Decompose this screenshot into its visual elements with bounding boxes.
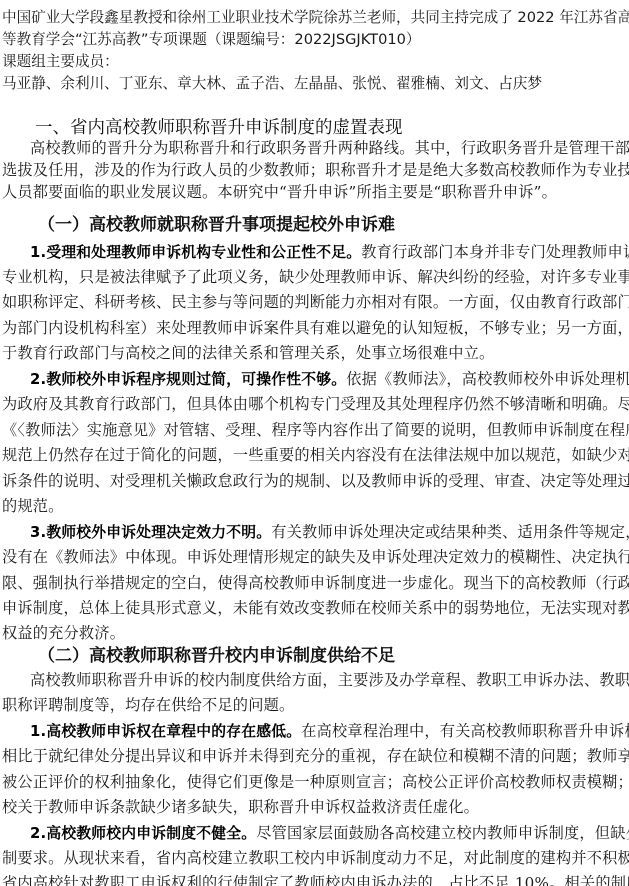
item-text: 依据《教师法》，高校教师校外申诉处理机构: [346, 370, 629, 388]
item-line: 为部门内设机构科室）来处理教师申诉案件具有难以避免的认知短板，不够专业；另一方面…: [2, 318, 624, 338]
section1-para-line: 人员都要面临的职业发展议题。本研究中“晋升申诉”所指主要是“职称晋升申诉”。: [2, 182, 624, 202]
item-line: 相比于就纪律处分提出异议和申诉并未得到充分的重视，存在缺位和模糊不清的问题；教师…: [2, 746, 624, 766]
sub2-para-line: 职称评聘制度等，均存在供给不足的问题。: [2, 695, 624, 715]
intro-line-1: 中国矿业大学段鑫星教授和徐州工业职业技术学院徐苏兰老师，共同主持完成了 2022…: [2, 8, 624, 28]
item-line: 省内高校针对教职工申诉权利的行使制定了教师校内申诉办法的，占比不足 10%。相关…: [2, 873, 624, 886]
item-first-line: 3.教师校外申诉处理决定效力不明。有关教师申诉处理决定或结果种类、适用条件等规定…: [2, 522, 624, 543]
item-text: 尽管国家层面鼓励各高校建立校内教师申诉制度，但缺少强: [256, 824, 629, 842]
item-line: 的规范。: [2, 496, 624, 516]
item-text: 有关教师申诉处理决定或结果种类、适用条件等规定，都: [271, 523, 629, 541]
item-line: 专业机构，只是被法律赋予了此项义务，缺少处理教师申诉、解决纠纷的经验，对许多专业…: [2, 267, 624, 287]
section1-para-line: 高校教师的晋升分为职称晋升和行政职务晋升两种路线。其中，行政职务晋升是管理干部的: [2, 138, 624, 158]
item-line: 如职称评定、科研考核、民主参与等问题的判断能力亦相对有限。一方面，仅由教育行政部…: [2, 292, 624, 312]
section-heading-1: 一、省内高校教师职称晋升申诉制度的虚置表现: [35, 117, 403, 139]
item-first-line: 1.高校教师申诉权在章程中的存在感低。在高校章程治理中，有关高校教师职称晋升申诉…: [2, 721, 624, 742]
item-line: 权益的充分救济。: [2, 623, 624, 643]
item-line: 诉条件的说明、对受理机关懒政怠政行为的规制、以及教师申诉的受理、审查、决定等处理…: [2, 471, 624, 491]
item-first-line: 2.高校教师校内申诉制度不健全。尽管国家层面鼓励各高校建立校内教师申诉制度，但缺…: [2, 823, 624, 844]
item-line: 没有在《教师法》中体现。申诉处理情形规定的缺失及申诉处理决定效力的模糊性、决定执…: [2, 547, 624, 567]
subsection-heading-1: （一）高校教师就职称晋升事项提起校外申诉难: [38, 214, 395, 236]
item-first-line: 2.教师校外申诉程序规则过简，可操作性不够。依据《教师法》，高校教师校外申诉处理…: [2, 369, 624, 390]
intro-line-2: 等教育学会“江苏高教”专项课题（课题编号：2022JSGJKT010）: [2, 30, 624, 50]
item-line: 于教育行政部门与高校之间的法律关系和管理关系，处事立场很难中立。: [2, 343, 624, 363]
item-line: 校关于教师申诉条款缺少诸多缺失，职称晋升申诉权益救济责任虚化。: [2, 797, 624, 817]
item-line: 为政府及其教育行政部门，但具体由哪个机构专门受理及其处理程序仍然不够清晰和明确。…: [2, 394, 624, 414]
item-text: 教育行政部门本身并非专门处理教师申诉的: [361, 243, 629, 261]
members-list: 马亚静、余利川、丁亚东、章大林、孟子浩、左晶晶、张悦、翟雅楠、刘文、占庆梦: [2, 74, 624, 94]
item-title: 3.教师校外申诉处理决定效力不明。: [30, 524, 271, 541]
item-line: 《〈教师法〉实施意见》对管辖、受理、程序等内容作出了简要的说明，但教师申诉制度在…: [2, 420, 624, 440]
item-line: 申诉制度，总体上徒具形式意义，未能有效改变教师在校师关系中的弱势地位，无法实现对…: [2, 598, 624, 618]
sub2-para-line: 高校教师职称晋升申诉的校内制度供给方面，主要涉及办学章程、教职工申诉办法、教职工: [2, 670, 624, 690]
item-line: 限、强制执行举措规定的空白，使得高校教师申诉制度进一步虚化。现当下的高校教师（行…: [2, 573, 624, 593]
item-title: 2.教师校外申诉程序规则过简，可操作性不够。: [30, 371, 346, 388]
item-line: 规范上仍然存在过于简化的问题，一些重要的相关内容没有在法律法规中加以规范，如缺少…: [2, 445, 624, 465]
section1-para-line: 选拔及任用，涉及的作为行政人员的少数教师；职称晋升才是是绝大多数高校教师作为专业…: [2, 160, 624, 180]
item-title: 1.受理和处理教师申诉机构专业性和公正性不足。: [30, 244, 361, 261]
item-line: 被公正评价的权利抽象化，使得它们更像是一种原则宣言；高校公正评价高校教师权责模糊…: [2, 772, 624, 792]
item-first-line: 1.受理和处理教师申诉机构专业性和公正性不足。教育行政部门本身并非专门处理教师申…: [2, 242, 624, 263]
item-title: 1.高校教师申诉权在章程中的存在感低。: [30, 723, 301, 740]
members-label: 课题组主要成员：: [2, 52, 624, 72]
subsection-heading-2: （二）高校教师职称晋升校内申诉制度供给不足: [38, 645, 395, 667]
item-line: 制要求。从现状来看，省内高校建立教职工校内申诉制度动力不足，对此制度的建构并不积…: [2, 848, 624, 868]
item-title: 2.高校教师校内申诉制度不健全。: [30, 825, 256, 842]
item-text: 在高校章程治理中，有关高校教师职称晋升申诉权益: [301, 722, 629, 740]
